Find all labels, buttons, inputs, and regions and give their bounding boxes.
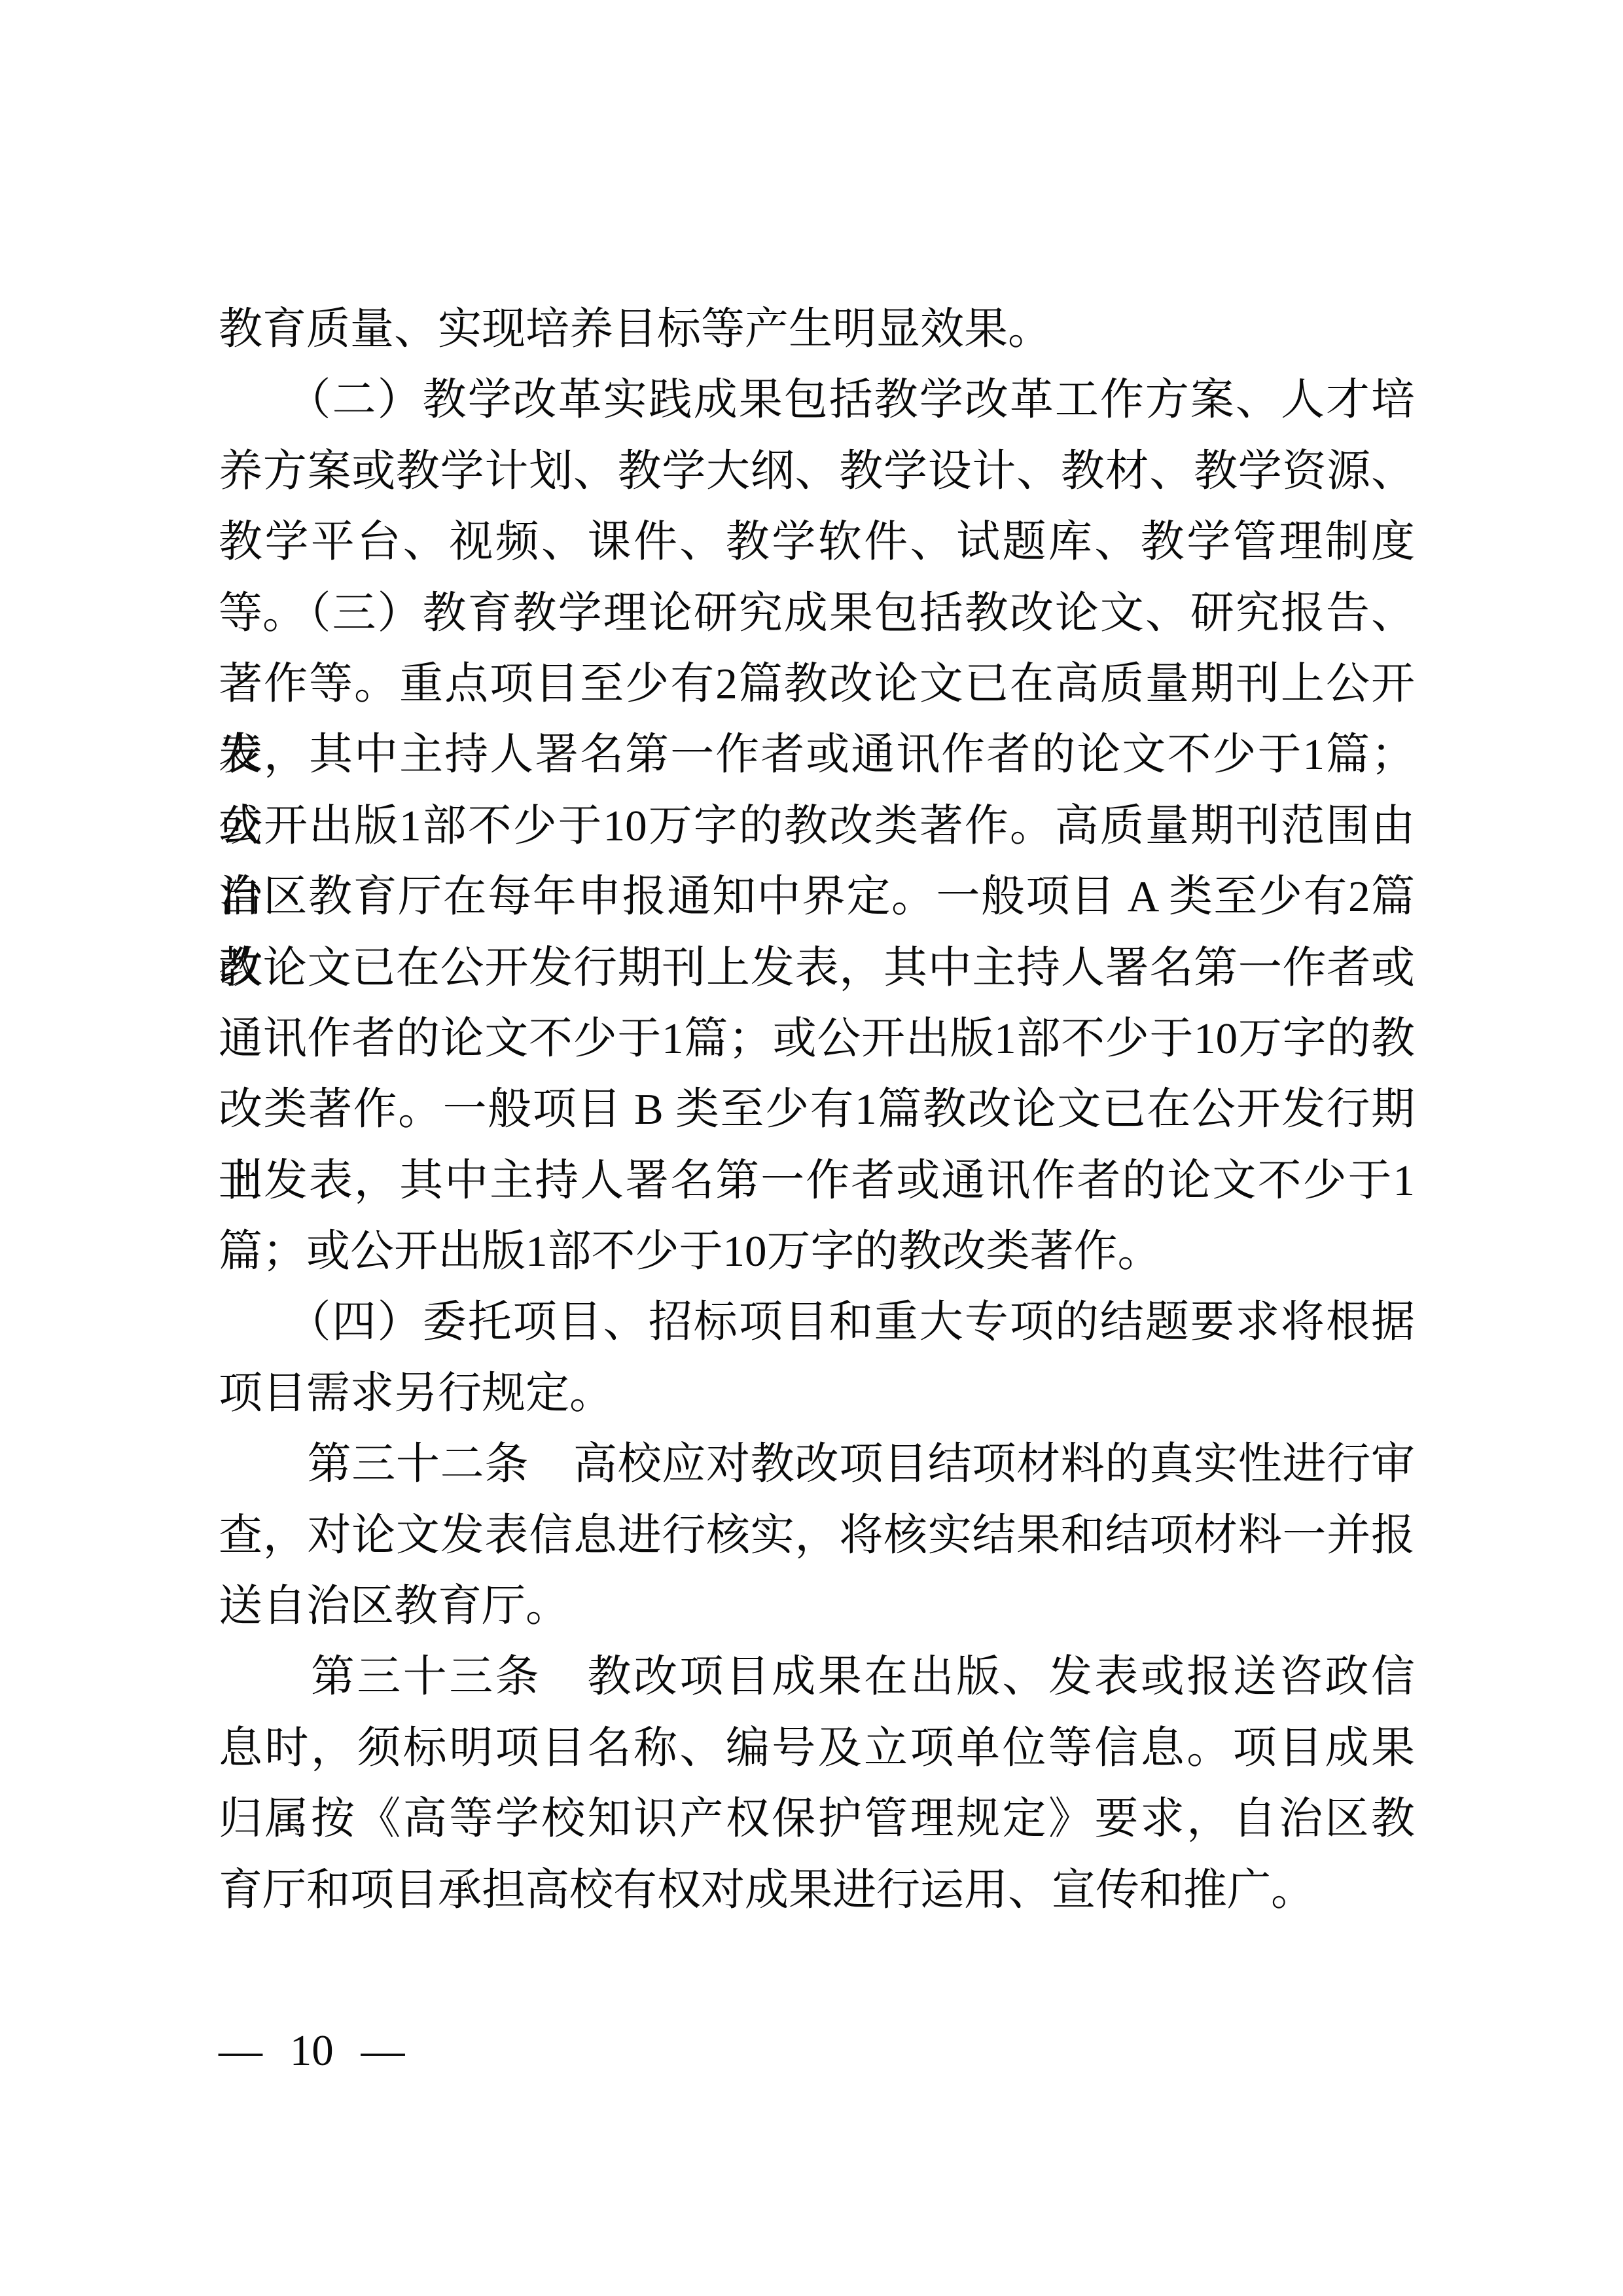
- document-content: 教育质量、实现培养目标等产生明显效果。 （二）教学改革实践成果包括教学改革工作方…: [219, 294, 1415, 1926]
- text-line: 息时，须标明项目名称、编号及立项单位等信息。项目成果: [219, 1713, 1415, 1784]
- page-number: — 10 —: [219, 2026, 405, 2075]
- text-line: 通讯作者的论文不少于1篇；或公开出版1部不少于10万字的教: [219, 1003, 1415, 1074]
- paragraph: （四）委托项目、招标项目和重大专项的结题要求将根据项目需求另行规定。: [219, 1287, 1415, 1429]
- text-line: 改论文已在公开发行期刊上发表，其中主持人署名第一作者或: [219, 933, 1415, 1003]
- text-line: 第三十二条 高校应对教改项目结项材料的真实性进行审: [219, 1429, 1415, 1499]
- text-line: 归属按《高等学校知识产权保护管理规定》要求，自治区教: [219, 1784, 1415, 1854]
- text-line: 养方案或教学计划、教学大纲、教学设计、教材、教学资源、: [219, 436, 1415, 507]
- paragraph: （二）教学改革实践成果包括教学改革工作方案、人才培养方案或教学计划、教学大纲、教…: [219, 365, 1415, 577]
- text-line: 教育质量、实现培养目标等产生明显效果。: [219, 294, 1415, 365]
- paragraph: 第三十二条 高校应对教改项目结项材料的真实性进行审查，对论文发表信息进行核实，将…: [219, 1429, 1415, 1641]
- paragraph: 教育质量、实现培养目标等产生明显效果。: [219, 294, 1415, 365]
- text-line: 项目需求另行规定。: [219, 1358, 1415, 1429]
- text-line: （三）教育教学理论研究成果包括教改论文、研究报告、: [219, 578, 1415, 649]
- text-line: 篇；或公开出版1部不少于10万字的教改类著作。: [219, 1216, 1415, 1287]
- text-line: 育厅和项目承担高校有权对成果进行运用、宣传和推广。: [219, 1855, 1415, 1926]
- text-line: （四）委托项目、招标项目和重大专项的结题要求将根据: [219, 1287, 1415, 1357]
- text-line: 送自治区教育厅。: [219, 1571, 1415, 1641]
- text-line: 第三十三条 教改项目成果在出版、发表或报送咨政信: [219, 1641, 1415, 1712]
- text-line: 查，对论文发表信息进行核实，将核实结果和结项材料一并报: [219, 1500, 1415, 1571]
- paragraph: （三）教育教学理论研究成果包括教改论文、研究报告、著作等。重点项目至少有2篇教改…: [219, 578, 1415, 1287]
- text-line: 改类著作。一般项目 B 类至少有1篇教改论文已在公开发行期刊: [219, 1074, 1415, 1145]
- text-line: （二）教学改革实践成果包括教学改革工作方案、人才培: [219, 365, 1415, 435]
- text-line: 上发表，其中主持人署名第一作者或通讯作者的论文不少于1: [219, 1145, 1415, 1216]
- text-line: 治区教育厅在每年申报通知中界定。一般项目 A 类至少有2篇教: [219, 861, 1415, 932]
- page-footer: — 10 —: [219, 2029, 405, 2073]
- paragraph: 第三十三条 教改项目成果在出版、发表或报送咨政信息时，须标明项目名称、编号及立项…: [219, 1641, 1415, 1926]
- text-line: 表，其中主持人署名第一作者或通讯作者的论文不少于1篇；或: [219, 719, 1415, 790]
- text-line: 教学平台、视频、课件、教学软件、试题库、教学管理制度等。: [219, 507, 1415, 577]
- text-line: 著作等。重点项目至少有2篇教改论文已在高质量期刊上公开发: [219, 649, 1415, 719]
- text-line: 公开出版1部不少于10万字的教改类著作。高质量期刊范围由自: [219, 791, 1415, 861]
